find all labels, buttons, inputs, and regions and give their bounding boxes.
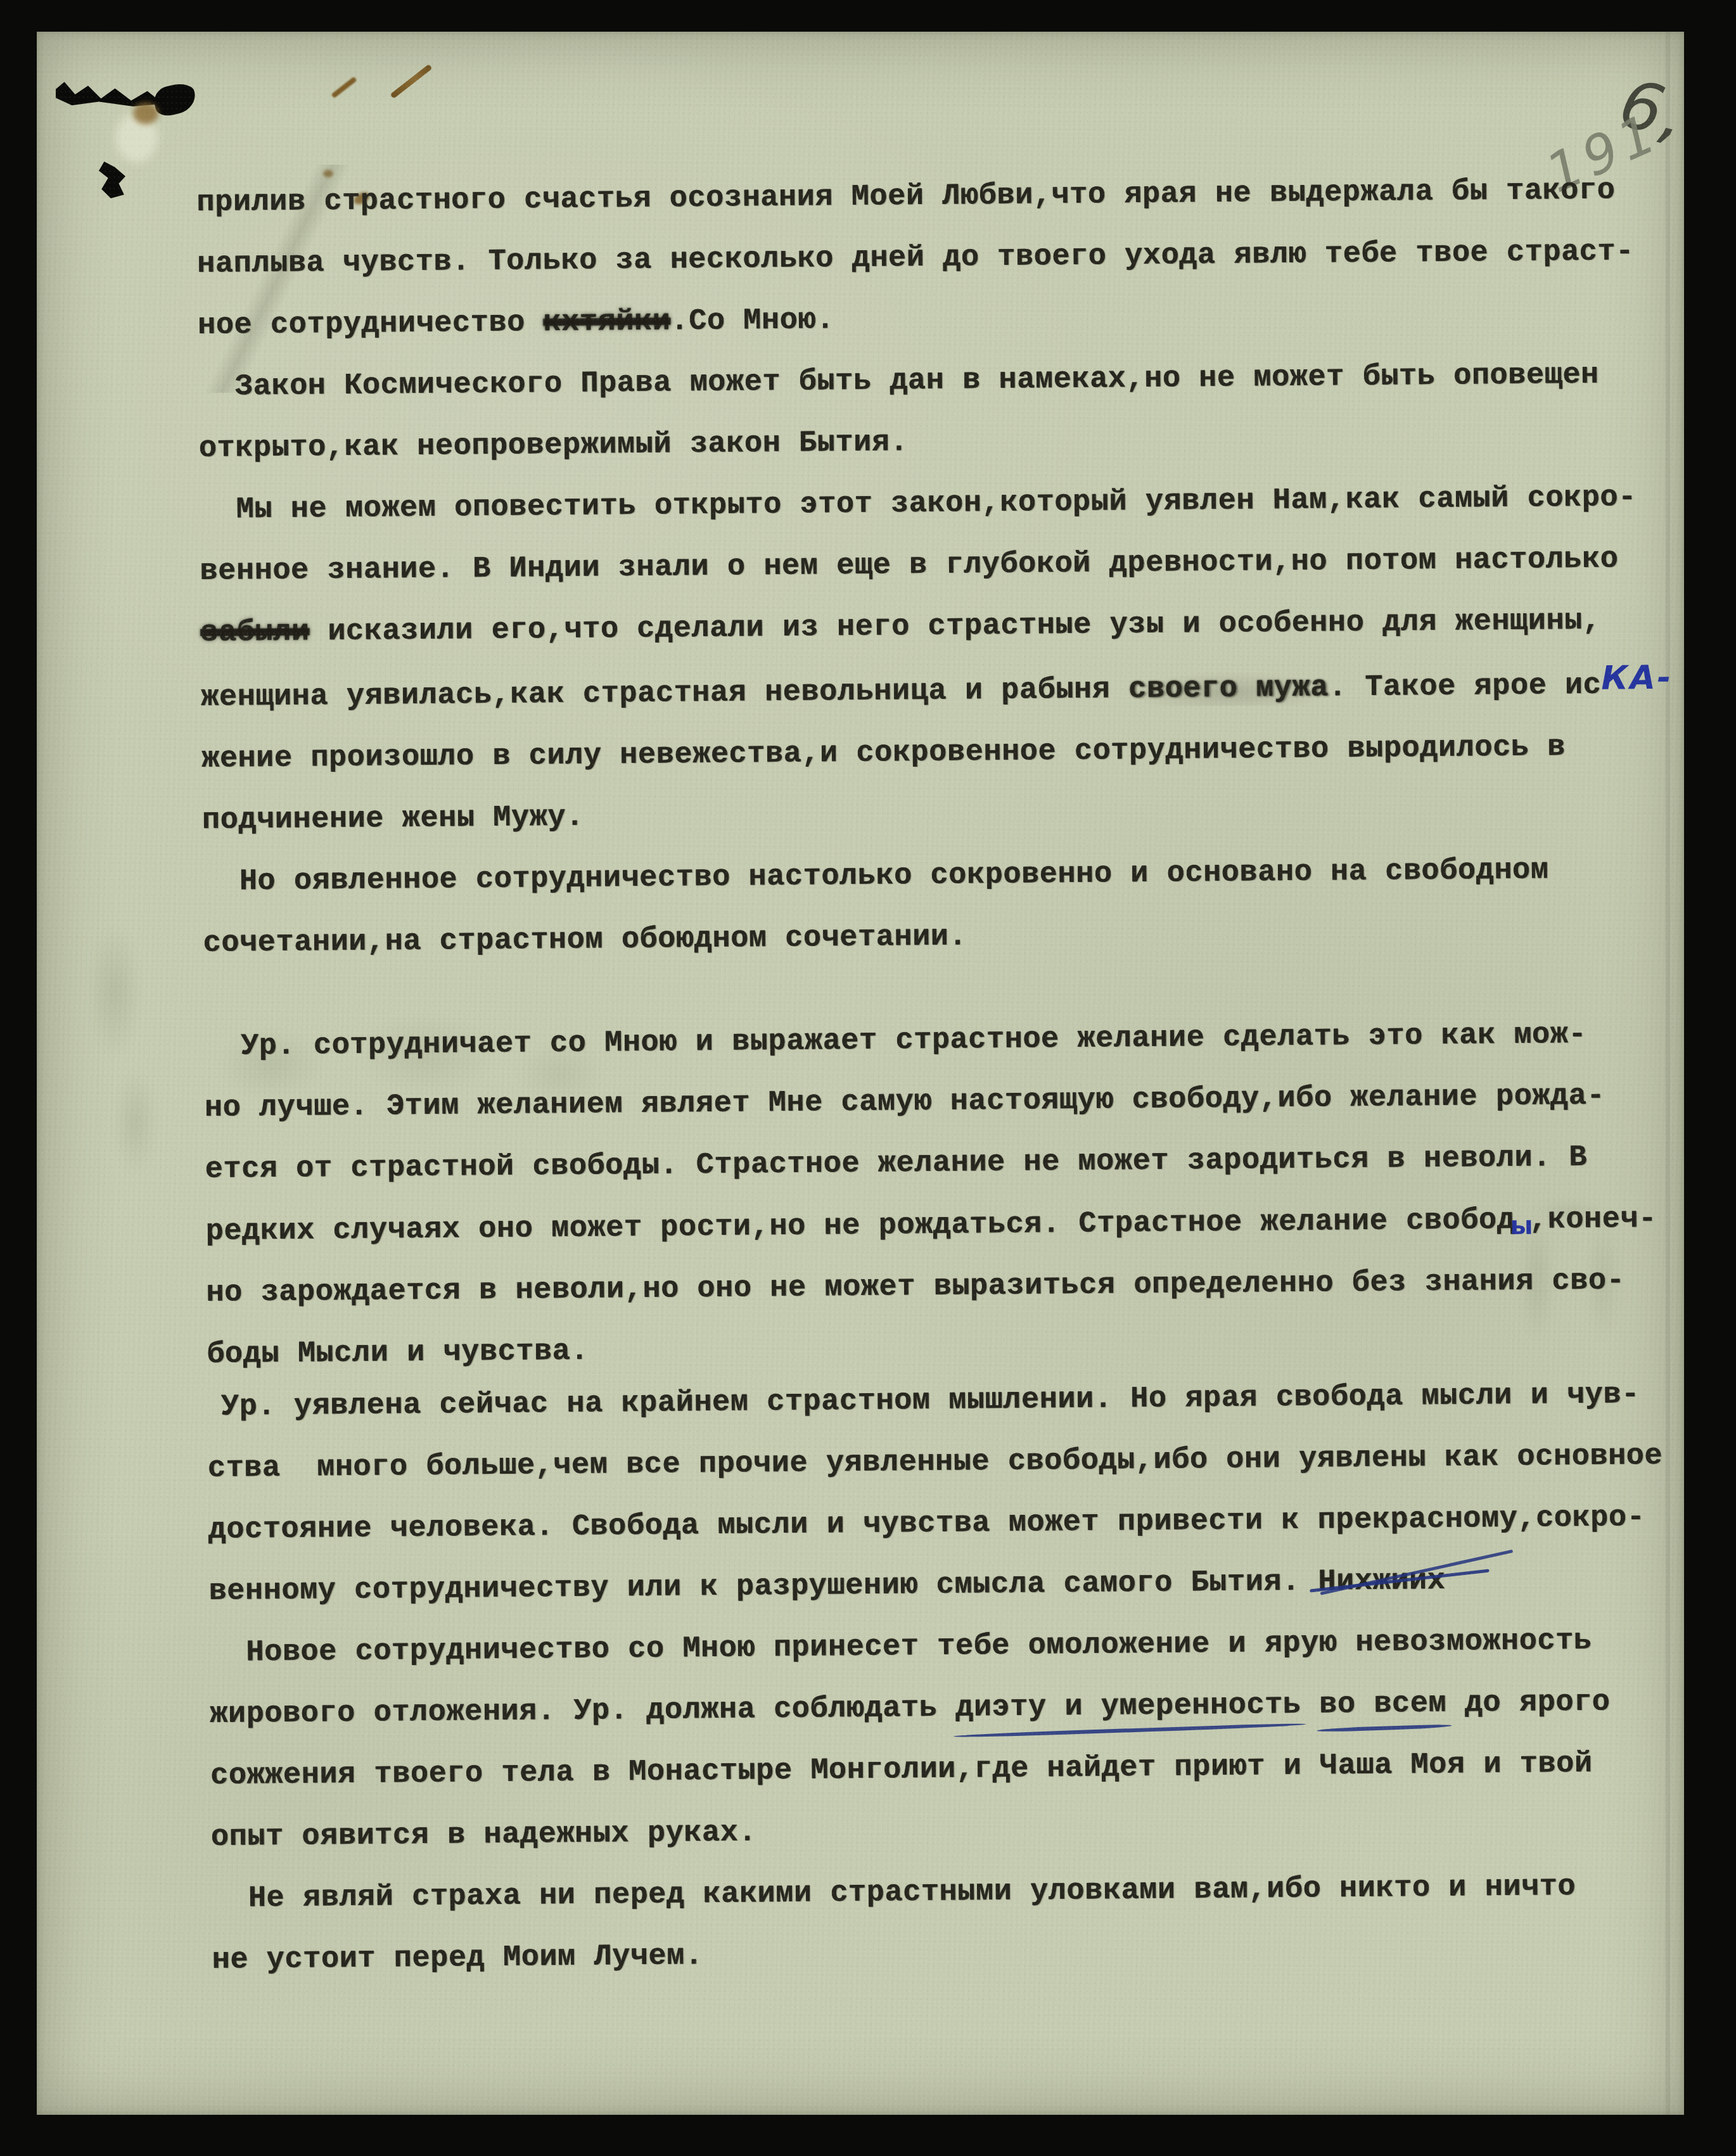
typed-text: исказили его,что сделали из него страстн…	[309, 604, 1600, 649]
typed-text: редких случаях оно может рости,но не рож…	[205, 1204, 1515, 1249]
typed-text: Ур. уявлена сейчас на крайнем страстном …	[221, 1378, 1640, 1424]
typed-line: не устоит перед Моим Лучем.	[212, 1917, 1720, 1991]
torn-edge-hole	[99, 162, 125, 198]
paragraph: Ур. уявлена сейчас на крайнем страстном …	[207, 1363, 1717, 1623]
typed-text: Новое сотрудничество со Мною принесет те…	[246, 1624, 1592, 1670]
ink-slash-mark	[390, 64, 432, 99]
overstruck-word: кхтяйки	[543, 305, 670, 340]
pen-underlined-text: диэту и умеренность	[955, 1688, 1301, 1725]
typed-line: Не являй страха ни перед какими страстны…	[211, 1855, 1720, 1930]
typed-text: ,конеч-	[1529, 1202, 1657, 1237]
typed-text: Мы не можем оповестить открыто этот зако…	[236, 481, 1637, 526]
typed-text: но лучше. Этим желанием являет Мне самую…	[205, 1080, 1605, 1125]
paragraph: Но оявленное сотрудничество настолько со…	[202, 838, 1711, 974]
typed-text: Но оявленное сотрудничество настолько со…	[239, 853, 1549, 898]
typed-text: сочетании,на страстном обоюдном сочетани…	[203, 920, 967, 960]
typed-line: Закон Космического Права может быть дан …	[198, 343, 1707, 418]
typed-text	[1301, 1688, 1319, 1722]
typed-line: наплыва чувств. Только за несколько дней…	[197, 220, 1706, 295]
pen-crossed-word: Нихжиих	[1318, 1564, 1445, 1599]
typed-text: .Со Мною.	[670, 303, 834, 338]
bleedthrough-mark	[62, 919, 195, 1210]
typed-text: наплыва чувств. Только за несколько дней…	[197, 235, 1634, 281]
typed-text: ства много больше,чем все прочие уявленн…	[208, 1439, 1663, 1486]
paragraph: Мы не можем оповестить открыто этот зако…	[199, 466, 1710, 852]
typed-text: не устоит перед Моим Лучем.	[212, 1939, 703, 1977]
paragraph: Не являй страха ни перед какими страстны…	[211, 1855, 1720, 1991]
typed-text: женщина уявилась,как страстная невольниц…	[201, 673, 1128, 715]
paragraph: Ур. сотрудничает со Мною и выражает стра…	[204, 1003, 1715, 1386]
typed-line: но зарождается в неволи,но оно не может …	[206, 1249, 1714, 1324]
typed-text-block: прилив страстного счастья осознания Моей…	[196, 159, 1720, 1991]
pen-underlined-text: во всем	[1319, 1687, 1446, 1722]
typed-text: подчинение жены Мужу.	[202, 801, 584, 838]
overstruck-word: забыли	[200, 615, 310, 650]
typed-line: Но оявленное сотрудничество настолько со…	[202, 838, 1711, 913]
rust-stain	[133, 103, 158, 124]
typed-text: открыто,как неопровержимый закон Бытия.	[199, 426, 909, 466]
typed-text: достояние человека. Свобода мысли и чувс…	[208, 1501, 1645, 1547]
typed-text: ное сотрудничество	[198, 306, 544, 343]
paragraph: Новое сотрудничество со Мною принесет те…	[209, 1609, 1719, 1868]
typed-line: сожжения твоего тела в Монастыре Монголи…	[210, 1732, 1719, 1807]
typed-text: до ярого	[1446, 1686, 1611, 1721]
handwritten-insert: КА-	[1601, 659, 1673, 698]
typed-text: жирового отложения. Ур. должна соблюдать	[210, 1692, 955, 1732]
typed-line: сочетании,на страстном обоюдном сочетани…	[203, 900, 1711, 974]
typed-line: достояние человека. Свобода мысли и чувс…	[208, 1486, 1716, 1561]
typed-text: Закон Космического Права может быть дан …	[235, 359, 1599, 404]
paragraph: Закон Космического Права может быть дан …	[198, 343, 1707, 480]
ink-slash-mark	[331, 77, 357, 99]
typed-text: прилив страстного счастья осознания Моей…	[196, 174, 1615, 220]
handwritten-correction: ы	[1510, 1211, 1533, 1241]
typed-text: но зарождается в неволи,но оно не может …	[206, 1264, 1624, 1310]
paragraph: прилив страстного счастья осознания Моей…	[196, 159, 1706, 357]
typed-text: сожжения твоего тела в Монастыре Монголи…	[210, 1747, 1593, 1793]
typed-text: опыт оявится в надежных руках.	[211, 1816, 757, 1854]
smudged-text: своего мужа	[1128, 671, 1329, 706]
typed-text: Не являй страха ни перед какими страстны…	[248, 1870, 1576, 1915]
typed-text: . Такое ярое ис	[1329, 669, 1602, 705]
scan-background: { "page": { "background_color": "#0a0a08…	[0, 0, 1736, 2156]
document-page: 6, 191 прилив страстного счастья осознан…	[37, 32, 1684, 2115]
typed-text: венное знание. В Индии знали о нем еще в…	[200, 542, 1618, 589]
typed-line: жение произошло в силу невежества,и сокр…	[201, 715, 1710, 790]
typed-text: жение произошло в силу невежества,и сокр…	[201, 730, 1566, 776]
typed-text: венному сотрудничеству или к разрушению …	[208, 1566, 1318, 1609]
typed-text: ется от страстной свободы. Страстное жел…	[205, 1141, 1588, 1187]
typed-text: Ур. сотрудничает со Мною и выражает стра…	[241, 1018, 1587, 1064]
typed-text: боды Мысли и чувства.	[207, 1335, 589, 1372]
